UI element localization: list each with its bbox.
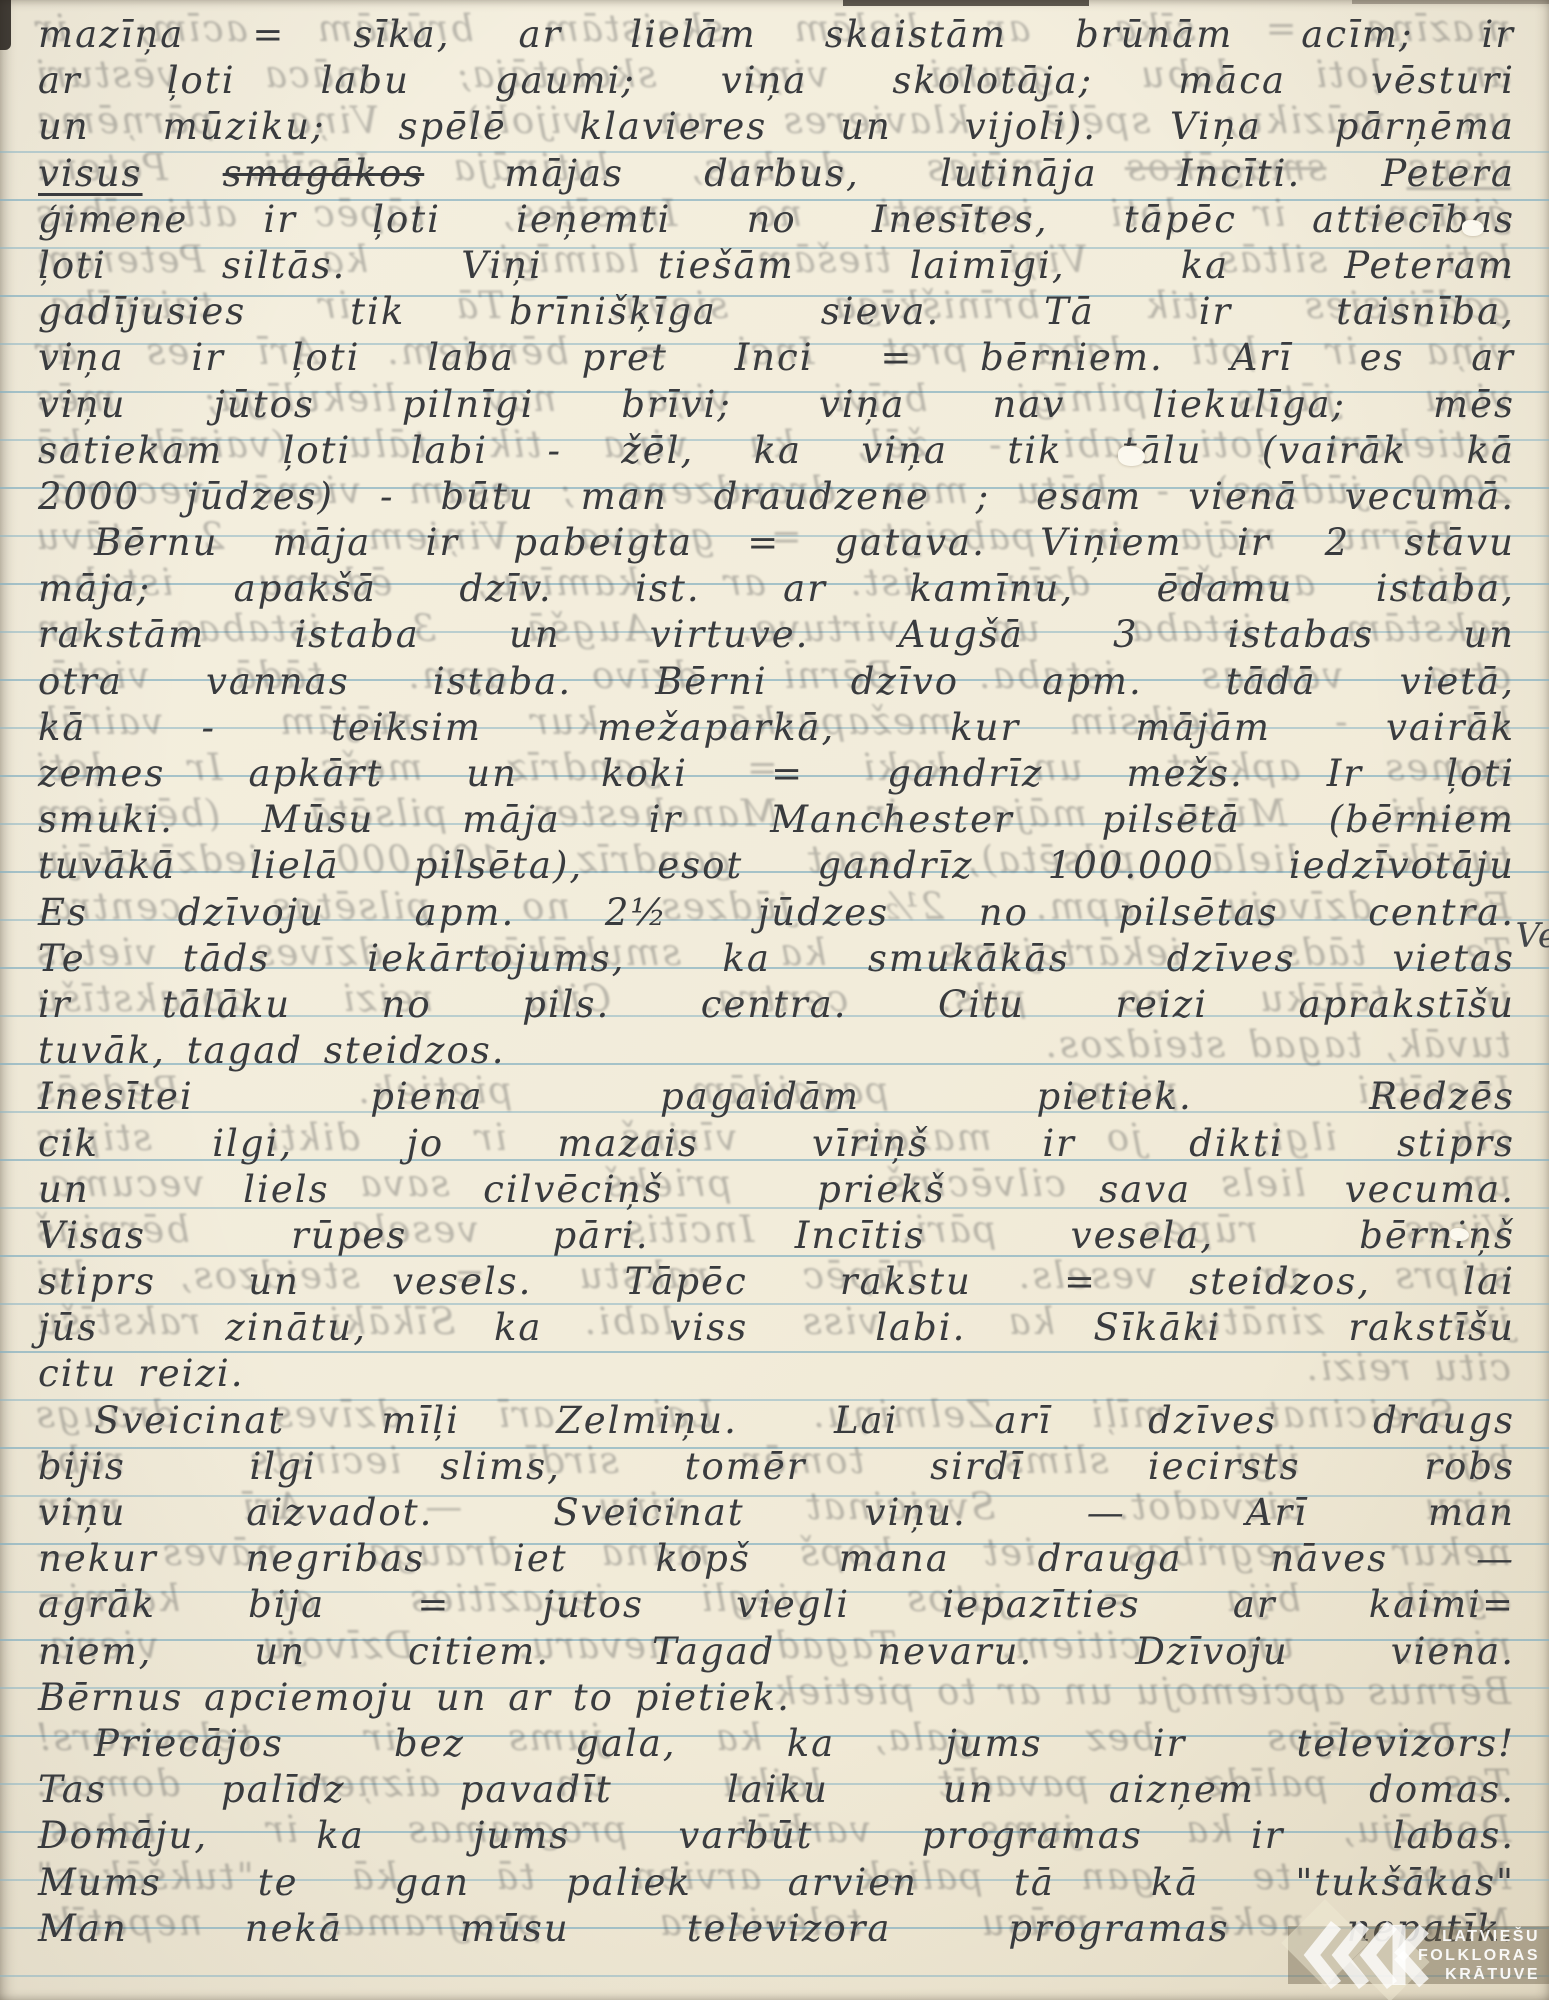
paper-speck [1118, 446, 1145, 466]
letter-line: viņa ir ļoti laba pret Inci = bērniem. A… [38, 335, 1515, 381]
letter-line: viņu jūtos pilnīgi brīvi; viņa nav lieku… [38, 382, 1515, 428]
letter-text: ļoti siltās. Viņi tiešām laimīgi, ka Pet… [38, 244, 1515, 287]
letter-text [143, 152, 223, 195]
letter-line: Visas rūpes pāri. Incītis vesela, bērniņ… [38, 1213, 1515, 1259]
letter-text: otra vannas istaba. Bērni dzīvo apm. tād… [38, 660, 1515, 703]
letter-line: Te tāds iekārtojums, ka smukākās dzīves … [38, 936, 1515, 982]
letter-line: Bērnus apciemoju un ar to pietiek. [38, 1675, 1515, 1721]
letter-line: niem, un citiem. Tagad nevaru. Dzīvoju v… [38, 1629, 1515, 1675]
letter-text: un liels cilvēciņš priekš sava vecuma. [38, 1168, 1515, 1211]
letter-text: Bērnus apciemoju un ar to pietiek. [38, 1676, 791, 1719]
letter-line: Priecājos bez gala, ka jums ir televizor… [38, 1721, 1515, 1767]
letter-word-strike: smagākos [223, 152, 425, 195]
margin-fragment: Ve [1515, 916, 1549, 956]
letter-text: Es dzīvoju apm. 2½ jūdzes no pilsētas ce… [38, 891, 1515, 934]
letter-text: bijis ilgi slims, tomēr sirdī iecirsts r… [38, 1445, 1515, 1488]
letter-text: viņa ir ļoti laba pret Inci = bērniem. A… [38, 336, 1515, 379]
letter-line: ģimene ir ļoti ieņemti no Inesītes, tāpē… [38, 197, 1515, 243]
letter-line: tuvākā lielā pilsēta), esot gandrīz 100.… [38, 843, 1515, 889]
letter-text: Sveicinat mīļi Zelmiņu. Lai arī dzīves d… [94, 1399, 1515, 1442]
letter-line: Domāju, ka jums varbūt programas ir laba… [38, 1813, 1515, 1859]
letter-word-underline: visus [38, 152, 143, 195]
watermark-text-line: LATVIEŠU [1418, 1927, 1540, 1946]
letter-line: 2000 jūdzes) - būtu man draudzene ; esam… [38, 474, 1515, 520]
letter-text: Mums te gan paliek arvien tā kā "tukšāka… [38, 1861, 1515, 1904]
letter-line: Bērnu māja ir pabeigta = gatava. Viņiem … [38, 520, 1515, 566]
letter-line: un mūziku; spēlē klavieres un vijoli). V… [38, 104, 1515, 150]
letter-text: rakstām istaba un virtuve. Augšā 3 istab… [38, 613, 1515, 656]
letter-line: Es dzīvoju apm. 2½ jūdzes no pilsētas ce… [38, 890, 1515, 936]
letter-line: ļoti siltās. Viņi tiešām laimīgi, ka Pet… [38, 243, 1515, 289]
letter-line: māja; apakšā dzīv. ist. ar kamīnu, ēdamu… [38, 566, 1515, 612]
scan-edge-artifact [843, 0, 1089, 6]
letter-text: tuvākā lielā pilsēta), esot gandrīz 100.… [38, 844, 1515, 887]
letter-text: ar ļoti labu gaumi; viņa skolotāja; māca… [38, 59, 1515, 102]
letter-text: māja; apakšā dzīv. ist. ar kamīnu, ēdamu… [38, 567, 1515, 610]
watermark: LATVIEŠU FOLKLORAS KRĀTUVE [1288, 1926, 1549, 1984]
letter-page: mazīņa = sīka, ar lielām skaistām brūnām… [0, 0, 1549, 2000]
letter-text: Bērnu māja ir pabeigta = gatava. Viņiem … [94, 521, 1515, 564]
letter-line: cik ilgi, jo mazais vīriņš ir dikti stip… [38, 1121, 1515, 1167]
letter-line: Inesītei piena pagaidām pietiek. Redzēs [38, 1074, 1515, 1120]
letter-line: agrāk bija = jutos viegli iepazīties ar … [38, 1582, 1515, 1628]
letter-text: jūs zinātu, ka viss labi. Sīkāki rakstīš… [38, 1306, 1515, 1349]
letter-line: ar ļoti labu gaumi; viņa skolotāja; māca… [38, 58, 1515, 104]
letter-text: Visas rūpes pāri. Incītis vesela, bērniņ… [38, 1214, 1515, 1257]
letter-line: gadījusies tik brīnišķīga sieva. Tā ir t… [38, 289, 1515, 335]
letter-text: Tas palīdz pavadīt laiku un aizņem domas… [38, 1768, 1515, 1811]
watermark-text: LATVIEŠU FOLKLORAS KRĀTUVE [1418, 1927, 1549, 1984]
letter-line: smuki. Mūsu māja ir Manchester pilsētā (… [38, 797, 1515, 843]
watermark-text-line: KRĀTUVE [1418, 1965, 1540, 1984]
letter-line: Mums te gan paliek arvien tā kā "tukšāka… [38, 1860, 1515, 1906]
watermark-text-line: FOLKLORAS [1418, 1946, 1540, 1965]
letter-line: otra vannas istaba. Bērni dzīvo apm. tād… [38, 659, 1515, 705]
letter-text: smuki. Mūsu māja ir Manchester pilsētā (… [38, 798, 1515, 841]
letter-line: Tas palīdz pavadīt laiku un aizņem domas… [38, 1767, 1515, 1813]
letter-text: cik ilgi, jo mazais vīriņš ir dikti stip… [38, 1122, 1515, 1165]
letter-text: satiekam ļoti labi - žēl, ka viņa tik tā… [38, 429, 1515, 472]
letter-text: nekur negribas iet kopš mana drauga nāve… [38, 1537, 1515, 1580]
letter-text: ir tālāku no pils. centra. Citu reizi ap… [38, 983, 1515, 1026]
letter-text: kā - teiksim mežaparkā, kur mājām vairāk [38, 706, 1515, 749]
letter-line: stiprs un vesels. Tāpēc rakstu = steidzo… [38, 1259, 1515, 1305]
letter-line: ir tālāku no pils. centra. Citu reizi ap… [38, 982, 1515, 1028]
letter-line: satiekam ļoti labi - žēl, ka viņa tik tā… [38, 428, 1515, 474]
letter-text: mājas darbus, lutināja Incīti. Petera [424, 152, 1515, 195]
lfk-chevrons-logo-icon [1302, 1917, 1430, 1993]
letter-text: mazīņa = sīka, ar lielām skaistām brūnām… [38, 13, 1515, 56]
letter-text: gadījusies tik brīnišķīga sieva. Tā ir t… [38, 290, 1515, 333]
letter-text: viņu aizvadot. Sveicinat viņu. — Arī man [38, 1491, 1515, 1534]
letter-text: stiprs un vesels. Tāpēc rakstu = steidzo… [38, 1260, 1515, 1303]
letter-line: Sveicinat mīļi Zelmiņu. Lai arī dzīves d… [38, 1398, 1515, 1444]
letter-text: citu reizi. [38, 1352, 245, 1395]
letter-text: Inesītei piena pagaidām pietiek. Redzēs [38, 1075, 1515, 1118]
letter-text: viņu jūtos pilnīgi brīvi; viņa nav lieku… [38, 383, 1515, 426]
letter-line: jūs zinātu, ka viss labi. Sīkāki rakstīš… [38, 1305, 1515, 1351]
letter-line: rakstām istaba un virtuve. Augšā 3 istab… [38, 612, 1515, 658]
letter-text: Priecājos bez gala, ka jums ir televizor… [94, 1722, 1515, 1765]
letter-text: un mūziku; spēlē klavieres un vijoli). V… [38, 105, 1515, 148]
letter-line: un liels cilvēciņš priekš sava vecuma. [38, 1167, 1515, 1213]
paper-speck [1450, 1228, 1469, 1241]
letter-text: tuvāk, tagad steidzos. [38, 1029, 506, 1072]
letter-line: visus smagākos mājas darbus, lutināja In… [38, 151, 1515, 197]
letter-line: bijis ilgi slims, tomēr sirdī iecirsts r… [38, 1444, 1515, 1490]
letter-line: citu reizi. [38, 1351, 1515, 1397]
letter-text: ģimene ir ļoti ieņemti no Inesītes, tāpē… [38, 198, 1515, 241]
letter-text: Domāju, ka jums varbūt programas ir laba… [38, 1814, 1515, 1857]
letter-text: 2000 jūdzes) - būtu man draudzene ; esam… [38, 475, 1515, 518]
letter-line: mazīņa = sīka, ar lielām skaistām brūnām… [38, 12, 1515, 58]
letter-body: mazīņa = sīka, ar lielām skaistām brūnām… [0, 12, 1549, 1952]
letter-text: Te tāds iekārtojums, ka smukākās dzīves … [38, 937, 1515, 980]
letter-line: viņu aizvadot. Sveicinat viņu. — Arī man [38, 1490, 1515, 1536]
letter-text: zemes apkārt un koki = gandrīz mežs. Ir … [38, 752, 1515, 795]
letter-line: zemes apkārt un koki = gandrīz mežs. Ir … [38, 751, 1515, 797]
scan-edge-artifact [1352, 0, 1549, 4]
letter-text: agrāk bija = jutos viegli iepazīties ar … [38, 1583, 1515, 1626]
letter-line: nekur negribas iet kopš mana drauga nāve… [38, 1536, 1515, 1582]
letter-line: kā - teiksim mežaparkā, kur mājām vairāk [38, 705, 1515, 751]
paper-speck [1462, 220, 1484, 236]
letter-text: niem, un citiem. Tagad nevaru. Dzīvoju v… [38, 1630, 1515, 1673]
letter-line: tuvāk, tagad steidzos. [38, 1028, 1515, 1074]
